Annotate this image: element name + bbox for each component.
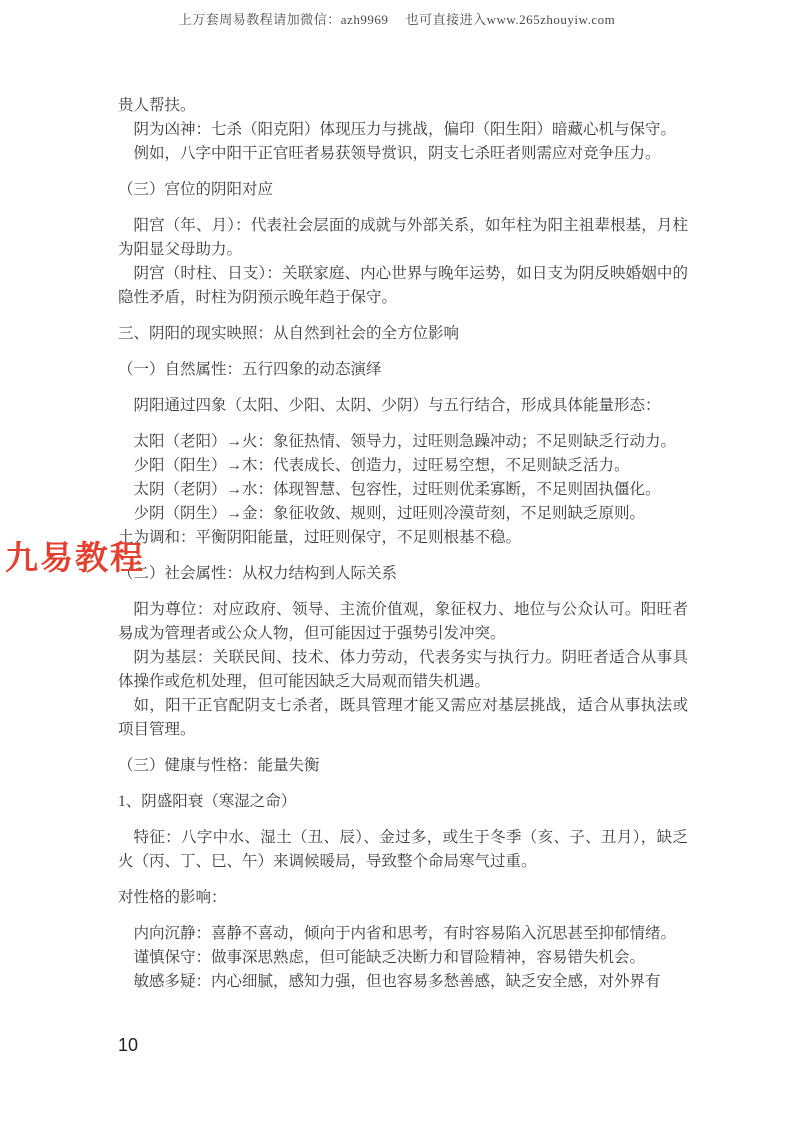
paragraph: 对性格的影响：	[118, 886, 688, 910]
document-page: 上万套周易教程请加微信：azh9969 也可直接进入www.265zhouyiw…	[0, 0, 794, 1123]
paragraph: 阴为凶神：七杀（阳克阳）体现压力与挑战，偏印（阳生阳）暗藏心机与保守。	[118, 118, 688, 142]
paragraph: （一）自然属性：五行四象的动态演绎	[118, 358, 688, 382]
header-promo-text: 上万套周易教程请加微信：azh9969 也可直接进入www.265zhouyiw…	[0, 9, 794, 28]
paragraph: 特征：八字中水、湿土（丑、辰）、金过多，或生于冬季（亥、子、丑月），缺乏火（丙、…	[118, 826, 688, 874]
paragraph: （二）社会属性：从权力结构到人际关系	[118, 562, 688, 586]
paragraph: 少阳（阳生）→木：代表成长、创造力，过旺易空想，不足则缺乏活力。	[118, 454, 688, 478]
paragraph: 如，阳干正官配阴支七杀者，既具管理才能又需应对基层挑战，适合从事执法或项目管理。	[118, 694, 688, 742]
paragraph: 土为调和：平衡阴阳能量，过旺则保守，不足则根基不稳。	[118, 526, 688, 550]
paragraph: 阳宫（年、月）：代表社会层面的成就与外部关系，如年柱为阳主祖辈根基，月柱为阳显父…	[118, 214, 688, 262]
paragraph: 敏感多疑：内心细腻，感知力强，但也容易多愁善感，缺乏安全感，对外界有	[118, 970, 688, 994]
watermark: 九易教程	[5, 541, 145, 574]
paragraph: 贵人帮扶。	[118, 94, 688, 118]
paragraph: 阴阳通过四象（太阳、少阳、太阴、少阴）与五行结合，形成具体能量形态：	[118, 394, 688, 418]
paragraph: 太阳（老阳）→火：象征热情、领导力，过旺则急躁冲动；不足则缺乏行动力。	[118, 430, 688, 454]
paragraph: 例如，八字中阳干正官旺者易获领导赏识，阴支七杀旺者则需应对竞争压力。	[118, 142, 688, 166]
paragraph: 阳为尊位：对应政府、领导、主流价值观，象征权力、地位与公众认可。阳旺者易成为管理…	[118, 598, 688, 646]
paragraph: （三）健康与性格：能量失衡	[118, 754, 688, 778]
paragraph: 谨慎保守：做事深思熟虑，但可能缺乏决断力和冒险精神，容易错失机会。	[118, 946, 688, 970]
paragraph: 阴宫（时柱、日支）：关联家庭、内心世界与晚年运势，如日支为阴反映婚姻中的隐性矛盾…	[118, 262, 688, 310]
paragraph: 内向沉静：喜静不喜动，倾向于内省和思考，有时容易陷入沉思甚至抑郁情绪。	[118, 922, 688, 946]
paragraph: 三、阴阳的现实映照：从自然到社会的全方位影响	[118, 322, 688, 346]
paragraph: 1、阴盛阳衰（寒湿之命）	[118, 790, 688, 814]
document-body: 贵人帮扶。阴为凶神：七杀（阳克阳）体现压力与挑战，偏印（阳生阳）暗藏心机与保守。…	[118, 94, 688, 994]
page-number: 10	[118, 1035, 138, 1056]
paragraph: 阴为基层：关联民间、技术、体力劳动，代表务实与执行力。阴旺者适合从事具体操作或危…	[118, 646, 688, 694]
paragraph: （三）宫位的阴阳对应	[118, 178, 688, 202]
paragraph: 少阴（阴生）→金：象征收敛、规则，过旺则冷漠苛刻，不足则缺乏原则。	[118, 502, 688, 526]
paragraph: 太阴（老阴）→水：体现智慧、包容性，过旺则优柔寡断，不足则固执僵化。	[118, 478, 688, 502]
